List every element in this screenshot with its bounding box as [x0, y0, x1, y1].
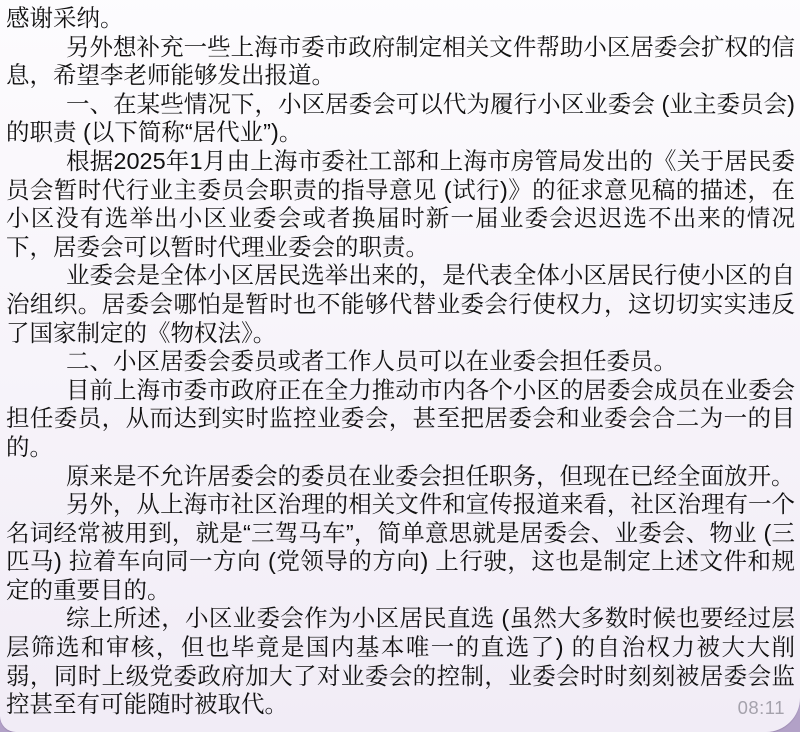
message-paragraph: 目前上海市委市政府正在全力推动市内各个小区的居委会成员在业委会担任委员，从而达到… [6, 376, 795, 462]
message-text: 感谢采纳。另外想补充一些上海市委市政府制定相关文件帮助小区居委会扩权的信息，希望… [0, 0, 800, 732]
message-paragraph: 另外想补充一些上海市委市政府制定相关文件帮助小区居委会扩权的信息，希望李老师能够… [6, 33, 795, 90]
message-paragraph: 业委会是全体小区居民选举出来的，是代表全体小区居民行使小区的自治组织。居委会哪怕… [6, 261, 795, 347]
message-timestamp: 08:11 [738, 697, 785, 719]
incoming-message-bubble[interactable]: 感谢采纳。另外想补充一些上海市委市政府制定相关文件帮助小区居委会扩权的信息，希望… [0, 0, 800, 732]
message-paragraph: 感谢采纳。 [6, 4, 795, 33]
message-paragraph: 另外，从上海市社区治理的相关文件和宣传报道来看，社区治理有一个名词经常被用到，就… [6, 490, 795, 604]
message-paragraph: 一、在某些情况下，小区居委会可以代为履行小区业委会 (业主委员会) 的职责 (以… [6, 90, 795, 147]
message-paragraph: 二、小区居委会委员或者工作人员可以在业委会担任委员。 [6, 347, 795, 376]
message-paragraph: 原来是不允许居委会的委员在业委会担任职务，但现在已经全面放开。 [6, 462, 795, 491]
chat-screen: 感谢采纳。另外想补充一些上海市委市政府制定相关文件帮助小区居委会扩权的信息，希望… [0, 0, 800, 732]
message-paragraph: 综上所述，小区业委会作为小区居民直选 (虽然大多数时候也要经过层层筛选和审核，但… [6, 604, 795, 718]
message-paragraph: 根据2025年1月由上海市委社工部和上海市房管局发出的《关于居民委员会暂时代行业… [6, 147, 795, 261]
